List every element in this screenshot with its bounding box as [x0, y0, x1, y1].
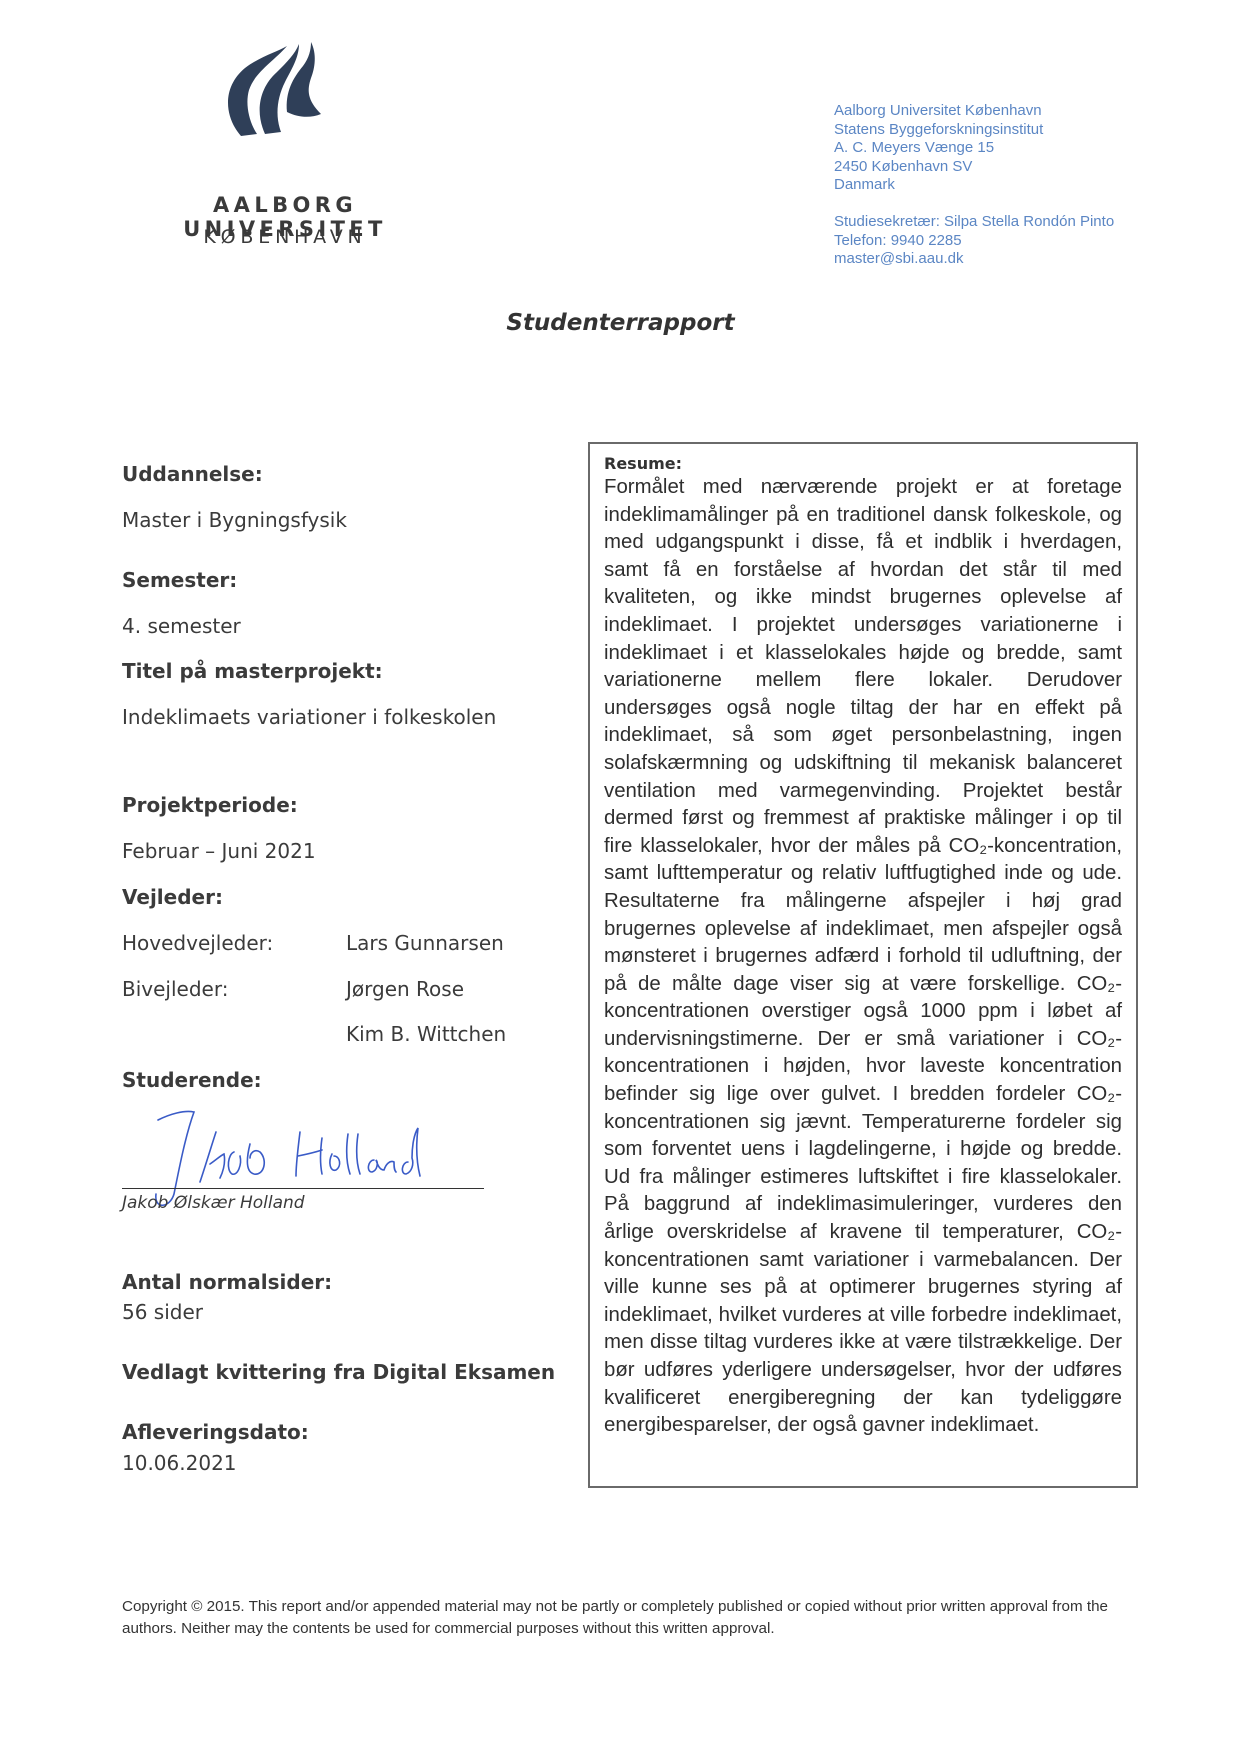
period-label: Projektperiode: — [122, 793, 298, 817]
address-line: Danmark — [834, 176, 1114, 195]
email-link[interactable]: master@sbi.aau.dk — [834, 250, 1114, 269]
secretary-line: Studiesekretær: Silpa Stella Rondón Pint… — [834, 213, 1114, 232]
phone-line: Telefon: 9940 2285 — [834, 232, 1114, 251]
pages-value: 56 sider — [122, 1300, 203, 1324]
supervisor-label: Vejleder: — [122, 885, 223, 909]
student-name: Jakob Ølskær Holland — [122, 1193, 305, 1213]
receipt-note: Vedlagt kvittering fra Digital Eksamen — [122, 1360, 555, 1384]
university-city: KØBENHAVN — [115, 226, 455, 248]
project-title-value: Indeklimaets variationer i folkeskolen — [122, 705, 496, 729]
aau-wave-logo-icon — [215, 38, 335, 138]
education-value: Master i Bygningsfysik — [122, 508, 347, 532]
co-supervisor-value: Jørgen Rose — [346, 977, 464, 1001]
address-line: Statens Byggeforskningsinstitut — [834, 121, 1114, 140]
student-label: Studerende: — [122, 1068, 262, 1092]
address-line: 2450 København SV — [834, 158, 1114, 177]
document-title: Studenterrapport — [0, 310, 1241, 336]
semester-label: Semester: — [122, 568, 237, 592]
resume-text: Formålet med nærværende projekt er at fo… — [604, 474, 1122, 1440]
resume-title: Resume: — [604, 454, 682, 473]
delivery-date-value: 10.06.2021 — [122, 1451, 237, 1475]
address-block: Aalborg Universitet København Statens By… — [834, 102, 1114, 269]
main-supervisor-value: Lars Gunnarsen — [346, 931, 504, 955]
address-line: A. C. Meyers Vænge 15 — [834, 139, 1114, 158]
delivery-date-label: Afleveringsdato: — [122, 1420, 309, 1444]
semester-value: 4. semester — [122, 614, 241, 638]
resume-box: Resume: Formålet med nærværende projekt … — [588, 442, 1138, 1488]
address-line: Aalborg Universitet København — [834, 102, 1114, 121]
main-supervisor-label: Hovedvejleder: — [122, 931, 273, 955]
education-label: Uddannelse: — [122, 462, 263, 486]
co-supervisor-value: Kim B. Wittchen — [346, 1022, 506, 1046]
project-title-label: Titel på masterprojekt: — [122, 659, 383, 683]
copyright-notice: Copyright © 2015. This report and/or app… — [122, 1596, 1132, 1640]
period-value: Februar – Juni 2021 — [122, 839, 316, 863]
pages-label: Antal normalsider: — [122, 1270, 332, 1294]
signature-line — [122, 1188, 484, 1189]
co-supervisor-label: Bivejleder: — [122, 977, 228, 1001]
